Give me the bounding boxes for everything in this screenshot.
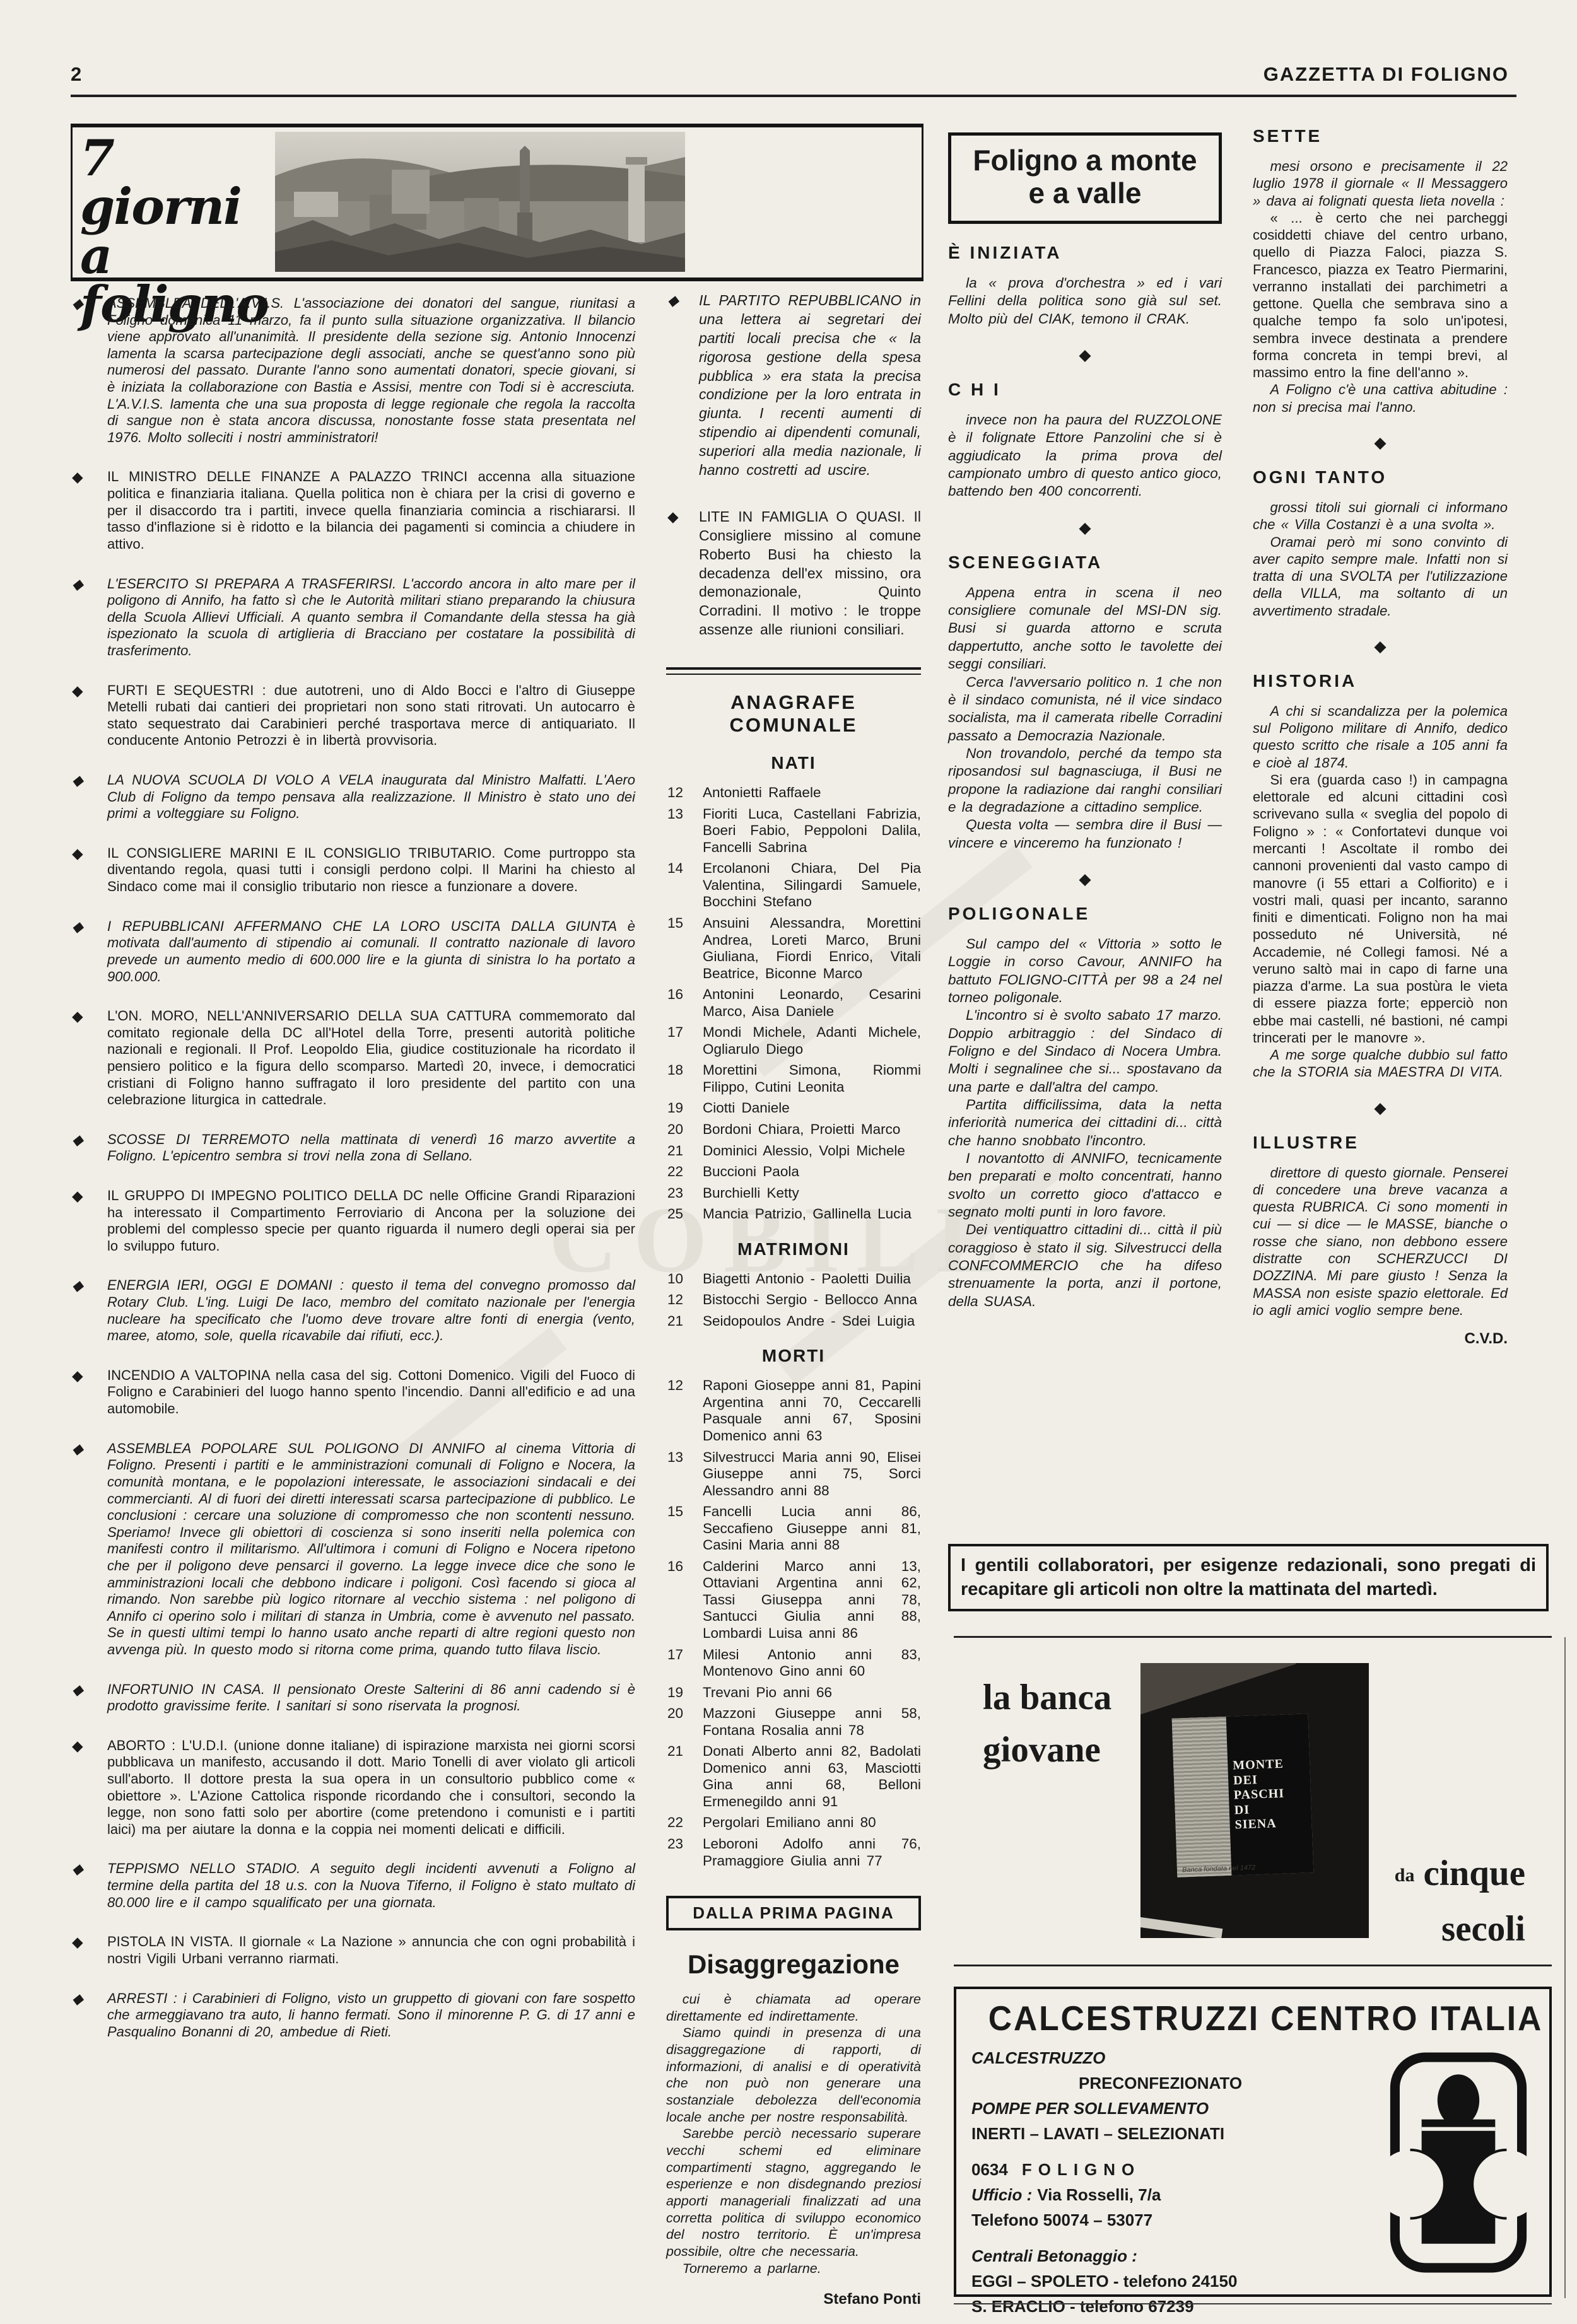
- sette-column: SETTEmesi orsono e precisamente il 22 lu…: [1253, 124, 1508, 1348]
- registry-names: Burchielli Ketty: [703, 1185, 799, 1201]
- registry-row: 16Calderini Marco anni 13, Ottaviani Arg…: [666, 1558, 921, 1642]
- registry-day: 14: [667, 860, 683, 877]
- registry-row: 14Ercolanoni Chiara, Del Pia Valentina, …: [666, 860, 921, 911]
- registry-row: 21Donati Alberto anni 82, Badolati Domen…: [666, 1743, 921, 1810]
- signature: C.V.D.: [1253, 1330, 1508, 1348]
- logo-texture: [1172, 1717, 1232, 1877]
- registry-row: 21Seidopoulos Andre - Sdei Luigia: [666, 1313, 921, 1330]
- news-brief: ◆INCENDIO A VALTOPINA nella casa del sig…: [71, 1367, 635, 1418]
- registry-day: 12: [667, 1377, 683, 1394]
- registry-row: 23Leboroni Adolfo anni 76, Pramaggiore G…: [666, 1836, 921, 1869]
- registry-day: 15: [667, 915, 683, 932]
- registry-names: Antonini Leonardo, Cesarini Marco, Aisa …: [703, 986, 921, 1019]
- brief-text: Il Consigliere missino al comune Roberto…: [699, 508, 921, 638]
- paragraph: Oramai però mi sono convinto di aver cap…: [1253, 534, 1508, 619]
- diamond-bullet-icon: ◆: [72, 682, 83, 700]
- brief-text: L'U.D.I. (unione donne italiane) di ispi…: [107, 1737, 635, 1837]
- paragraph: Sul campo del « Vittoria » sotto le Logg…: [948, 935, 1222, 1007]
- logo-line: 7 giorni: [80, 134, 273, 231]
- paragraph: Dei ventiquattro cittadini di... città i…: [948, 1221, 1222, 1311]
- registry-names: Milesi Antonio anni 83, Montenovo Gino a…: [703, 1647, 921, 1679]
- calcestruzzi-advert: CALCESTRUZZI CENTRO ITALIA CALCESTRUZZOP…: [954, 1987, 1552, 2297]
- monte-paschi-logo: MONTEDEIPASCHIDISIENA Banca fondata nel …: [1172, 1714, 1314, 1877]
- paragraph: A me sorge qualche dubbio sul fatto che …: [1253, 1046, 1508, 1081]
- photo-highlight: [1140, 1663, 1296, 1722]
- news-brief: ◆PISTOLA IN VISTA. Il giornale « La Nazi…: [71, 1934, 635, 1967]
- advert-line-label: Centrali Betonaggio :: [971, 2246, 1137, 2265]
- brief-text: in una lettera ai segretari dei partiti …: [699, 292, 921, 478]
- diamond-bullet-icon: ◆: [72, 1367, 83, 1385]
- middle-column: ◆IL PARTITO REPUBBLICANO in una lettera …: [666, 291, 921, 2308]
- news-brief: ◆ASSEMBLEA DELL'A.V.I.S. L'associazione …: [71, 295, 635, 446]
- paragraph: A chi si scandalizza per la polemica sul…: [1253, 703, 1508, 771]
- news-brief: ◆ENERGIA IERI, OGGI E DOMANI : questo il…: [71, 1277, 635, 1344]
- registry-row: 17Mondi Michele, Adanti Michele, Ogliaru…: [666, 1024, 921, 1058]
- registry-day: 21: [667, 1743, 683, 1760]
- page-number: 2: [71, 63, 81, 86]
- registry-names: Bistocchi Sergio - Bellocco Anna: [703, 1292, 917, 1307]
- registry-names: Ansuini Alessandra, Morettini Andrea, Lo…: [703, 915, 921, 981]
- advert-word: cinque: [1423, 1854, 1525, 1893]
- brief-lead: LITE IN FAMIGLIA O QUASI.: [699, 508, 905, 525]
- advert-line: POMPE PER SOLLEVAMENTO: [971, 2099, 1383, 2118]
- logo-wordmark: MONTEDEIPASCHIDISIENA: [1226, 1714, 1314, 1875]
- column-logo: 7 giorni a foligno: [73, 127, 275, 277]
- registry-names: Pergolari Emiliano anni 80: [703, 1814, 876, 1830]
- bank-advert-text-left: la banca giovane: [983, 1672, 1111, 1776]
- article-body: cui è chiamata ad operare direttamente e…: [666, 1991, 921, 2277]
- diamond-bullet-icon: ◆: [667, 508, 679, 527]
- registry-names: Fioriti Luca, Castellani Fabrizia, Boeri…: [703, 806, 921, 855]
- registry-day: 12: [667, 785, 683, 802]
- paragraph: « ... è certo che nei parcheggi cosiddet…: [1253, 209, 1508, 382]
- registry-day: 17: [667, 1647, 683, 1664]
- advert-line-text: Telefono 50074 – 53077: [971, 2210, 1152, 2229]
- registry-row: 12Raponi Gioseppe anni 81, Papini Argent…: [666, 1377, 921, 1444]
- news-brief: ◆TEPPISMO NELLO STADIO. A seguito degli …: [71, 1860, 635, 1911]
- dalla-prima-pagina-box: DALLA PRIMA PAGINA: [666, 1896, 921, 1930]
- brief-lead: LA NUOVA SCUOLA DI VOLO A VELA: [107, 772, 373, 788]
- registry-names: Trevani Pio anni 66: [703, 1685, 832, 1700]
- news-brief: ◆ASSEMBLEA POPOLARE SUL POLIGONO DI ANNI…: [71, 1440, 635, 1659]
- anagrafe-section-title: NATI: [666, 753, 921, 773]
- bank-advert-photo: MONTEDEIPASCHIDISIENA Banca fondata nel …: [1140, 1663, 1369, 1938]
- advert-line: S. ERACLIO - telefono 67239: [971, 2297, 1383, 2316]
- registry-day: 17: [667, 1024, 683, 1041]
- registry-day: 21: [667, 1313, 683, 1330]
- registry-day: 21: [667, 1143, 683, 1160]
- anagrafe-section-title: MATRIMONI: [666, 1239, 921, 1259]
- diamond-separator-icon: ◆: [948, 346, 1222, 365]
- advert-line: la banca: [983, 1672, 1111, 1724]
- paragraph: Appena entra in scena il neo consigliere…: [948, 584, 1222, 674]
- paragraph: Torneremo a parlarne.: [666, 2260, 921, 2277]
- registry-names: Mancia Patrizio, Gallinella Lucia: [703, 1206, 912, 1222]
- registry-names: Bordoni Chiara, Proietti Marco: [703, 1121, 900, 1137]
- registry-day: 10: [667, 1271, 683, 1288]
- diamond-bullet-icon: ◆: [72, 1008, 83, 1025]
- article-headline: Disaggregazione: [666, 1949, 921, 1980]
- section-header: SETTE: [1253, 126, 1508, 146]
- registry-names: Fancelli Lucia anni 86, Seccafieno Giuse…: [703, 1504, 921, 1553]
- advert-lines: CALCESTRUZZOPRECONFEZIONATOPOMPE PER SOL…: [971, 2048, 1383, 2322]
- diamond-bullet-icon: ◆: [72, 1188, 83, 1205]
- diamond-separator-icon: ◆: [948, 870, 1222, 889]
- page-right-rule: [1564, 1637, 1566, 2298]
- header-rule: [71, 95, 1516, 97]
- diamond-bullet-icon: ◆: [72, 1860, 83, 1878]
- registry-names: Morettini Simona, Riommi Filippo, Cutini…: [703, 1062, 921, 1095]
- registry-names: Ercolanoni Chiara, Del Pia Valentina, Si…: [703, 860, 921, 909]
- brief-lead: I REPUBBLICANI AFFERMANO CHE LA LORO USC…: [107, 918, 616, 934]
- paragraph: grossi titoli sui giornali ci informano …: [1253, 499, 1508, 534]
- registry-names: Raponi Gioseppe anni 81, Papini Argentin…: [703, 1377, 921, 1444]
- paragraph: L'incontro si è svolto sabato 17 marzo. …: [948, 1007, 1222, 1096]
- advert-line: dacinque: [1395, 1846, 1525, 1901]
- paragraph: Questa volta — sembra dire il Busi — vin…: [948, 816, 1222, 852]
- diamond-bullet-icon: ◆: [72, 1681, 83, 1699]
- brief-lead: ASSEMBLEA POPOLARE SUL POLIGONO DI ANNIF…: [107, 1440, 485, 1456]
- registry-row: 22Pergolari Emiliano anni 80: [666, 1814, 921, 1831]
- bottom-rule: [954, 2303, 1552, 2304]
- diamond-separator-icon: ◆: [1253, 1099, 1508, 1118]
- calcestruzzi-logo: [1383, 2048, 1534, 2322]
- brief-lead: IL PARTITO REPUBBLICANO: [699, 292, 901, 308]
- advert-line: INERTI – LAVATI – SELEZIONATI: [971, 2124, 1383, 2144]
- brief-text: L'associazione dei donatori del sangue, …: [107, 295, 635, 445]
- registry-day: 20: [667, 1121, 683, 1138]
- registry-names: Donati Alberto anni 82, Badolati Domenic…: [703, 1743, 921, 1809]
- section-header: C H I: [948, 380, 1222, 400]
- registry-names: Buccioni Paola: [703, 1164, 799, 1179]
- advert-line-label: CALCESTRUZZO: [971, 2048, 1105, 2067]
- registry-day: 23: [667, 1185, 683, 1202]
- advert-line: secoli: [1395, 1901, 1525, 1957]
- collaborators-notice: I gentili collaboratori, per esigenze re…: [948, 1544, 1549, 1611]
- news-brief: ◆LA NUOVA SCUOLA DI VOLO A VELA inaugura…: [71, 772, 635, 822]
- news-brief: ◆L'ON. MORO, NELL'ANNIVERSARIO DELLA SUA…: [71, 1008, 635, 1109]
- diamond-bullet-icon: ◆: [72, 845, 83, 863]
- section-header: ILLUSTRE: [1253, 1133, 1508, 1153]
- registry-day: 13: [667, 1449, 683, 1466]
- registry-names: Calderini Marco anni 13, Ottaviani Argen…: [703, 1558, 921, 1641]
- photo-highlight: [1140, 1915, 1222, 1938]
- registry-names: Silvestrucci Maria anni 90, Elisei Giuse…: [703, 1449, 921, 1498]
- news-brief: ◆IL MINISTRO DELLE FINANZE A PALAZZO TRI…: [71, 469, 635, 552]
- paragraph: cui è chiamata ad operare direttamente e…: [666, 1991, 921, 2024]
- registry-day: 23: [667, 1836, 683, 1853]
- news-brief: ◆ABORTO : L'U.D.I. (unione donne italian…: [71, 1737, 635, 1838]
- diamond-bullet-icon: ◆: [72, 772, 83, 790]
- brief-lead: ENERGIA IERI, OGGI E DOMANI :: [107, 1277, 344, 1293]
- section-header: SCENEGGIATA: [948, 552, 1222, 573]
- advert-line: Ufficio :Via Rosselli, 7/a: [971, 2185, 1383, 2205]
- diamond-bullet-icon: ◆: [72, 295, 83, 313]
- brief-lead: IL CONSIGLIERE MARINI E IL CONSIGLIO TRI…: [107, 845, 495, 861]
- pawn-figure-icon: [1386, 2052, 1531, 2274]
- registry-row: 16Antonini Leonardo, Cesarini Marco, Ais…: [666, 986, 921, 1020]
- logo-word: SIENA: [1234, 1816, 1307, 1833]
- registry-names: Antonietti Raffaele: [703, 785, 821, 800]
- advert-line: Telefono 50074 – 53077: [971, 2210, 1383, 2230]
- news-brief: ◆IL PARTITO REPUBBLICANO in una lettera …: [666, 291, 921, 480]
- monte-valle-column: Foligno a monte e a valle È INIZIATAla «…: [948, 132, 1222, 1311]
- registry-names: Mondi Michele, Adanti Michele, Ogliarulo…: [703, 1024, 921, 1057]
- diamond-bullet-icon: ◆: [72, 1737, 83, 1755]
- advert-line-text: FOLIGNO: [1022, 2160, 1140, 2179]
- brief-lead: ASSEMBLEA DELL'A.V.I.S.: [107, 295, 284, 311]
- section-header: POLIGONALE: [948, 904, 1222, 924]
- registry-row: 21Dominici Alessio, Volpi Michele: [666, 1143, 921, 1160]
- registry-row: 25Mancia Patrizio, Gallinella Lucia: [666, 1206, 921, 1223]
- registry-day: 12: [667, 1292, 683, 1309]
- registry-row: 15Fancelli Lucia anni 86, Seccafieno Giu…: [666, 1504, 921, 1554]
- advert-line-text: EGGI – SPOLETO - telefono 24150: [971, 2272, 1237, 2291]
- paragraph: la « prova d'orchestra » ed i vari Felli…: [948, 274, 1222, 328]
- diamond-bullet-icon: ◆: [667, 291, 679, 310]
- registry-day: 19: [667, 1100, 683, 1117]
- registry-day: 25: [667, 1206, 683, 1223]
- section-divider-rule: [666, 667, 921, 675]
- paragraph: invece non ha paura del RUZZOLONE è il f…: [948, 411, 1222, 501]
- registry-day: 22: [667, 1814, 683, 1831]
- registry-row: 20Bordoni Chiara, Proietti Marco: [666, 1121, 921, 1138]
- brief-lead: INCENDIO A VALTOPINA: [107, 1367, 269, 1383]
- brief-lead: ABORTO :: [107, 1737, 175, 1753]
- article-signature: Stefano Ponti: [666, 2291, 921, 2308]
- advert-line: CALCESTRUZZO: [971, 2048, 1383, 2068]
- brief-lead: L'ESERCITO SI PREPARA A TRASFERIRSI.: [107, 576, 396, 592]
- section-header: HISTORIA: [1253, 671, 1508, 691]
- registry-row: 20Mazzoni Giuseppe anni 58, Fontana Rosa…: [666, 1705, 921, 1739]
- registry-day: 22: [667, 1164, 683, 1181]
- section-header: OGNI TANTO: [1253, 467, 1508, 488]
- brief-lead: IL GRUPPO DI IMPEGNO POLITICO DELLA DC: [107, 1188, 423, 1203]
- registry-row: 22Buccioni Paola: [666, 1164, 921, 1181]
- paragraph: Partita difficilissima, data la netta in…: [948, 1096, 1222, 1150]
- registry-names: Dominici Alessio, Volpi Michele: [703, 1143, 905, 1159]
- registry-names: Leboroni Adolfo anni 76, Pramaggiore Giu…: [703, 1836, 921, 1869]
- briefs-column-middle: ◆IL PARTITO REPUBBLICANO in una lettera …: [666, 291, 921, 639]
- news-brief: ◆I REPUBBLICANI AFFERMANO CHE LA LORO US…: [71, 918, 635, 985]
- page-header: 2 GAZZETTA DI FOLIGNO: [71, 63, 1509, 86]
- foligno-panorama-photo: [275, 132, 685, 272]
- diamond-separator-icon: ◆: [948, 518, 1222, 537]
- brief-lead: IL MINISTRO DELLE FINANZE A PALAZZO TRIN…: [107, 469, 467, 484]
- brief-lead: INFORTUNIO IN CASA.: [107, 1681, 265, 1697]
- advert-line-text: S. ERACLIO - telefono 67239: [971, 2297, 1194, 2316]
- news-brief: ◆INFORTUNIO IN CASA. Il pensionato Orest…: [71, 1681, 635, 1715]
- advert-title: CALCESTRUZZI CENTRO ITALIA: [988, 1998, 1517, 2038]
- registry-row: 13Fioriti Luca, Castellani Fabrizia, Boe…: [666, 806, 921, 856]
- seven-days-banner: 7 giorni a foligno: [71, 124, 923, 281]
- news-brief: ◆LITE IN FAMIGLIA O QUASI. Il Consiglier…: [666, 508, 921, 639]
- advert-line-text: INERTI – LAVATI – SELEZIONATI: [971, 2124, 1224, 2143]
- diamond-bullet-icon: ◆: [72, 1934, 83, 1951]
- advert-line-label: 0634: [971, 2160, 1008, 2179]
- anagrafe-sections: NATI12Antonietti Raffaele13Fioriti Luca,…: [666, 753, 921, 1869]
- registry-row: 15Ansuini Alessandra, Morettini Andrea, …: [666, 915, 921, 982]
- monte-valle-sections: È INIZIATAla « prova d'orchestra » ed i …: [948, 243, 1222, 1311]
- paragraph: Non trovandolo, perché da tempo sta ripo…: [948, 745, 1222, 816]
- registry-row: 19Ciotti Daniele: [666, 1100, 921, 1117]
- advert-line: 0634FOLIGNO: [971, 2160, 1383, 2180]
- advert-line-text: Via Rosselli, 7/a: [1037, 2185, 1161, 2204]
- diamond-bullet-icon: ◆: [72, 1277, 83, 1295]
- paragraph: Siamo quindi in presenza di una disaggre…: [666, 2024, 921, 2125]
- registry-row: 18Morettini Simona, Riommi Filippo, Cuti…: [666, 1062, 921, 1095]
- masthead: GAZZETTA DI FOLIGNO: [1263, 63, 1509, 86]
- registry-row: 12Bistocchi Sergio - Bellocco Anna: [666, 1292, 921, 1309]
- advert-line: PRECONFEZIONATO: [971, 2074, 1383, 2093]
- advert-line-text: PRECONFEZIONATO: [1079, 2074, 1242, 2093]
- section-header: È INIZIATA: [948, 243, 1222, 263]
- title-line: Foligno a monte: [954, 144, 1216, 177]
- paragraph: Si era (guarda caso !) in campagna elett…: [1253, 771, 1508, 1046]
- registry-names: Biagetti Antonio - Paoletti Duilia: [703, 1271, 911, 1287]
- anagrafe-title: ANAGRAFE COMUNALE: [666, 691, 921, 737]
- registry-names: Seidopoulos Andre - Sdei Luigia: [703, 1313, 915, 1329]
- newspaper-page: COBILLI 2 GAZZETTA DI FOLIGNO 7 giorni a…: [0, 0, 1577, 2324]
- bank-advert-text-right: dacinque secoli: [1395, 1846, 1525, 1958]
- registry-names: Mazzoni Giuseppe anni 58, Fontana Rosali…: [703, 1705, 921, 1738]
- brief-text: i Carabinieri di Foligno, visto un grupp…: [107, 1990, 635, 2040]
- paragraph: Cerca l'avversario politico n. 1 che non…: [948, 674, 1222, 745]
- paragraph: mesi orsono e precisamente il 22 luglio …: [1253, 158, 1508, 209]
- advert-body: CALCESTRUZZOPRECONFEZIONATOPOMPE PER SOL…: [971, 2048, 1534, 2322]
- registry-day: 16: [667, 986, 683, 1003]
- briefs-column-left: ◆ASSEMBLEA DELL'A.V.I.S. L'associazione …: [71, 295, 635, 2063]
- brief-text: al cinema Vittoria di Foligno. Presenti …: [107, 1440, 635, 1657]
- registry-row: 17Milesi Antonio anni 83, Montenovo Gino…: [666, 1647, 921, 1680]
- diamond-separator-icon: ◆: [1253, 637, 1508, 656]
- registry-day: 20: [667, 1705, 683, 1722]
- registry-row: 12Antonietti Raffaele: [666, 785, 921, 802]
- diamond-bullet-icon: ◆: [72, 1440, 83, 1458]
- news-brief: ◆IL CONSIGLIERE MARINI E IL CONSIGLIO TR…: [71, 845, 635, 896]
- advert-line-label: POMPE PER SOLLEVAMENTO: [971, 2099, 1209, 2118]
- paragraph: I novantotto di ANNIFO, tecnicamente ben…: [948, 1150, 1222, 1221]
- registry-row: 23Burchielli Ketty: [666, 1185, 921, 1202]
- paragraph: direttore di questo giornale. Penserei d…: [1253, 1164, 1508, 1319]
- diamond-separator-icon: ◆: [1253, 433, 1508, 452]
- advert-line-label: Ufficio :: [971, 2185, 1032, 2204]
- diamond-bullet-icon: ◆: [72, 469, 83, 486]
- advert-line: giovane: [983, 1724, 1111, 1777]
- registry-row: 19Trevani Pio anni 66: [666, 1685, 921, 1702]
- diamond-bullet-icon: ◆: [72, 918, 83, 936]
- brief-lead: ARRESTI :: [107, 1990, 177, 2006]
- diamond-bullet-icon: ◆: [72, 576, 83, 593]
- title-line: e a valle: [954, 177, 1216, 210]
- news-brief: ◆IL GRUPPO DI IMPEGNO POLITICO DELLA DC …: [71, 1188, 635, 1254]
- brief-lead: FURTI E SEQUESTRI :: [107, 682, 266, 698]
- diamond-bullet-icon: ◆: [72, 1990, 83, 2008]
- registry-row: 13Silvestrucci Maria anni 90, Elisei Giu…: [666, 1449, 921, 1500]
- news-brief: ◆L'ESERCITO SI PREPARA A TRASFERIRSI. L'…: [71, 576, 635, 660]
- registry-names: Ciotti Daniele: [703, 1100, 790, 1116]
- news-brief: ◆FURTI E SEQUESTRI : due autotreni, uno …: [71, 682, 635, 749]
- news-brief: ◆ARRESTI : i Carabinieri di Foligno, vis…: [71, 1990, 635, 2041]
- advert-line: EGGI – SPOLETO - telefono 24150: [971, 2272, 1383, 2291]
- registry-day: 16: [667, 1558, 683, 1575]
- registry-day: 13: [667, 806, 683, 823]
- bank-advert: la banca giovane MONTEDEIPASCHIDISIENA B…: [954, 1636, 1552, 1966]
- registry-row: 10Biagetti Antonio - Paoletti Duilia: [666, 1271, 921, 1288]
- registry-day: 19: [667, 1685, 683, 1702]
- diamond-bullet-icon: ◆: [72, 1131, 83, 1149]
- news-brief: ◆SCOSSE DI TERREMOTO nella mattinata di …: [71, 1131, 635, 1165]
- paragraph: Sarebbe perciò necessario superare vecch…: [666, 2125, 921, 2260]
- brief-lead: L'ON. MORO, NELL'ANNIVERSARIO DELLA SUA …: [107, 1008, 510, 1024]
- anagrafe-section-title: MORTI: [666, 1346, 921, 1366]
- monte-valle-title-box: Foligno a monte e a valle: [948, 132, 1222, 224]
- brief-lead: PISTOLA IN VISTA.: [107, 1934, 233, 1949]
- advert-line: Centrali Betonaggio :: [971, 2246, 1383, 2266]
- brief-lead: TEPPISMO NELLO STADIO.: [107, 1860, 300, 1876]
- paragraph: A Foligno c'è una cattiva abitudine : no…: [1253, 381, 1508, 416]
- brief-lead: SCOSSE DI TERREMOTO: [107, 1131, 290, 1147]
- registry-day: 15: [667, 1504, 683, 1521]
- registry-day: 18: [667, 1062, 683, 1079]
- advert-word-da: da: [1395, 1865, 1415, 1886]
